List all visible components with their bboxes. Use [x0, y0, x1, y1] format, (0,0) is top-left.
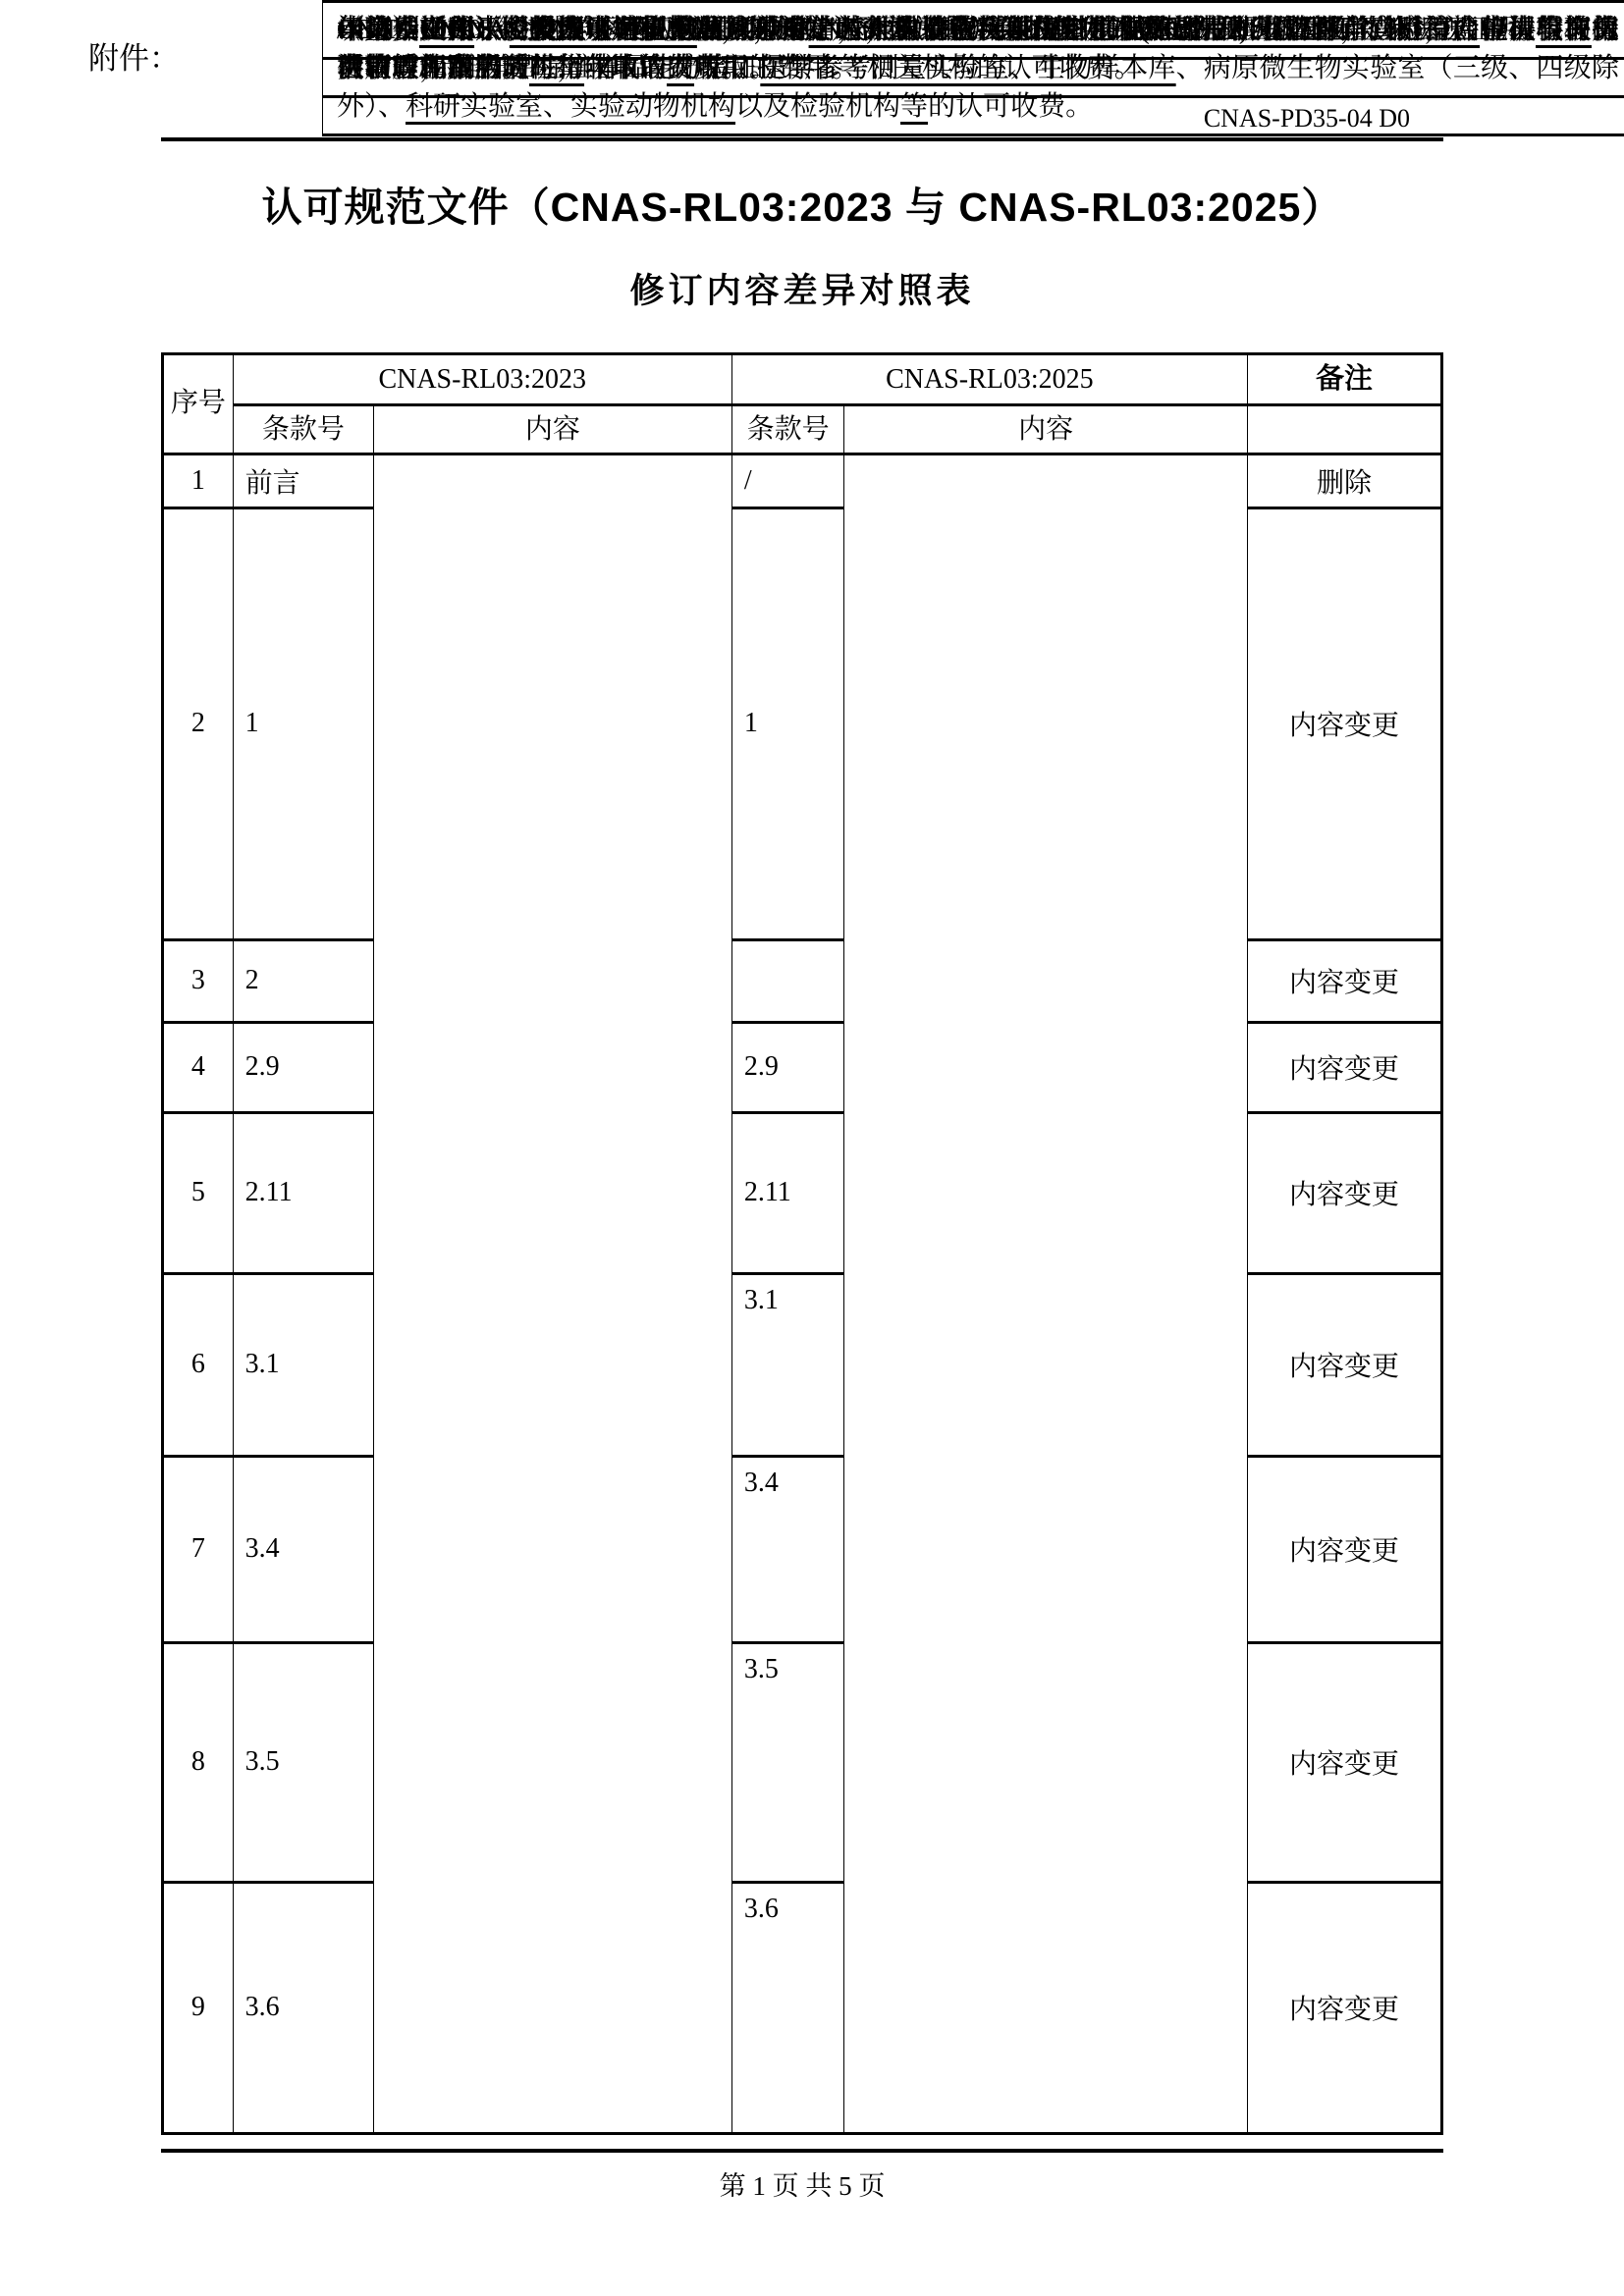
clause-2025-cell: 3.4	[731, 1456, 844, 1642]
remark-cell: 内容变更	[1247, 1112, 1441, 1273]
remark-cell: 内容变更	[1247, 1456, 1441, 1642]
seq-cell: 9	[163, 1882, 234, 2133]
remark-cell: 内容变更	[1247, 1022, 1441, 1112]
document-page: 附件： CNAS-PD35-04 D0 认可规范文件（CNAS-RL03:202…	[0, 0, 1624, 2296]
clause-2025-cell: 2.11	[731, 1112, 844, 1273]
header-remark-empty	[1247, 404, 1441, 454]
seq-cell: 8	[163, 1642, 234, 1882]
content-2025-cell: 年金：CNAS 按照认可规范要求，对颁发认可证书的申请人使用认可标识（含国际互认…	[322, 0, 1624, 98]
clause-2025-cell: 1	[731, 507, 844, 939]
seq-cell: 6	[163, 1273, 234, 1456]
clause-2025-cell: /	[731, 454, 844, 507]
header-content-2023: 内容	[373, 404, 731, 454]
clause-2025-cell: 3.5	[731, 1642, 844, 1882]
header-cnas-rl03-2023: CNAS-RL03:2023	[233, 354, 731, 405]
seq-cell: 4	[163, 1022, 234, 1112]
diff-table-body: 1前言（略）//删除21本规则适用于检测实验室、校准实验室、病原微生物实验室（防…	[163, 454, 1442, 2133]
clause-2023-cell: 3.1	[233, 1273, 373, 1456]
page-number: 第 1 页 共 5 页	[161, 2164, 1443, 2203]
remark-cell: 内容变更	[1247, 1642, 1441, 1882]
table-row: 32……本文件…………本规则……内容变更	[163, 939, 1442, 1022]
diff-table: 序号 CNAS-RL03:2023 CNAS-RL03:2025 备注 条款号 …	[161, 352, 1443, 2135]
seq-cell: 5	[163, 1112, 234, 1273]
remark-cell: 内容变更	[1247, 939, 1441, 1022]
page-subtitle: 修订内容差异对照表	[161, 264, 1443, 313]
clause-2025-cell: 3.6	[731, 1882, 844, 2133]
seq-cell: 2	[163, 507, 234, 939]
clause-2023-cell: 3.5	[233, 1642, 373, 1882]
clause-2023-cell: 2.9	[233, 1022, 373, 1112]
page-content: CNAS-PD35-04 D0 认可规范文件（CNAS-RL03:2023 与 …	[161, 0, 1443, 2203]
table-row: 42.9GB/T 27000《合格评定 词汇和通用原则》2.9CNAS-RL10…	[163, 1022, 1442, 1112]
seq-cell: 1	[163, 454, 234, 507]
header-seq: 序号	[163, 354, 234, 454]
table-row: 63.1认可：正式表明合格评定机构具备实施特定合格评定工作的能力的第三方证明。3…	[163, 1273, 1442, 1456]
clause-2023-cell: 1	[233, 507, 373, 939]
table-row: 21本规则适用于检测实验室、校准实验室、病原微生物实验室（防护水平三级、四级除 …	[163, 507, 1442, 939]
table-row: 93.6年金：CNAS 按照认可规范要求，对颁发认可证书的申请机构使用认可标识（…	[163, 1882, 1442, 2133]
remark-cell: 删除	[1247, 454, 1441, 507]
clause-2023-cell: 3.6	[233, 1882, 373, 2133]
footer-rule	[161, 2149, 1443, 2153]
clause-2023-cell: 2.11	[233, 1112, 373, 1273]
table-row: 83.5评审费：CNAS 按照认可规范要求，对申请机构进行文件评审、现场评审、远…	[163, 1642, 1442, 1882]
table-row: 73.4申请费：CNAS 受理申请机构的认可申请时，对申请认可资料进行完整性和规…	[163, 1456, 1442, 1642]
remark-cell: 内容变更	[1247, 1882, 1441, 2133]
clause-2023-cell: 前言	[233, 454, 373, 507]
seq-cell: 3	[163, 939, 234, 1022]
header-remark: 备注	[1247, 354, 1441, 405]
clause-2025-cell	[731, 939, 844, 1022]
page-title: 认可规范文件（CNAS-RL03:2023 与 CNAS-RL03:2025）	[161, 175, 1443, 233]
table-header-row-1: 序号 CNAS-RL03:2023 CNAS-RL03:2025 备注	[163, 354, 1442, 405]
table-row: 1前言（略）//删除	[163, 454, 1442, 507]
header-content-2025: 内容	[844, 404, 1247, 454]
clause-2025-cell: 3.1	[731, 1273, 844, 1456]
clause-2023-cell: 3.4	[233, 1456, 373, 1642]
diff-table-head: 序号 CNAS-RL03:2023 CNAS-RL03:2025 备注 条款号 …	[163, 354, 1442, 454]
remark-cell: 内容变更	[1247, 507, 1441, 939]
clause-2023-cell: 2	[233, 939, 373, 1022]
remark-cell: 内容变更	[1247, 1273, 1441, 1456]
header-cnas-rl03-2025: CNAS-RL03:2025	[731, 354, 1247, 405]
plain-text: 年金：CNAS 按照认可规范要求，对颁发认可证书的申请	[337, 15, 1025, 45]
table-header-row-2: 条款号 内容 条款号 内容	[163, 404, 1442, 454]
header-clause-2025: 条款号	[731, 404, 844, 454]
header-clause-2023: 条款号	[233, 404, 373, 454]
clause-2025-cell: 2.9	[731, 1022, 844, 1112]
underlined-text: 人	[1025, 15, 1053, 45]
seq-cell: 7	[163, 1456, 234, 1642]
table-row: 52.11《关于发布认可收费项目和标准的通知》认可委（秘）（2019）37 号2…	[163, 1112, 1442, 1273]
